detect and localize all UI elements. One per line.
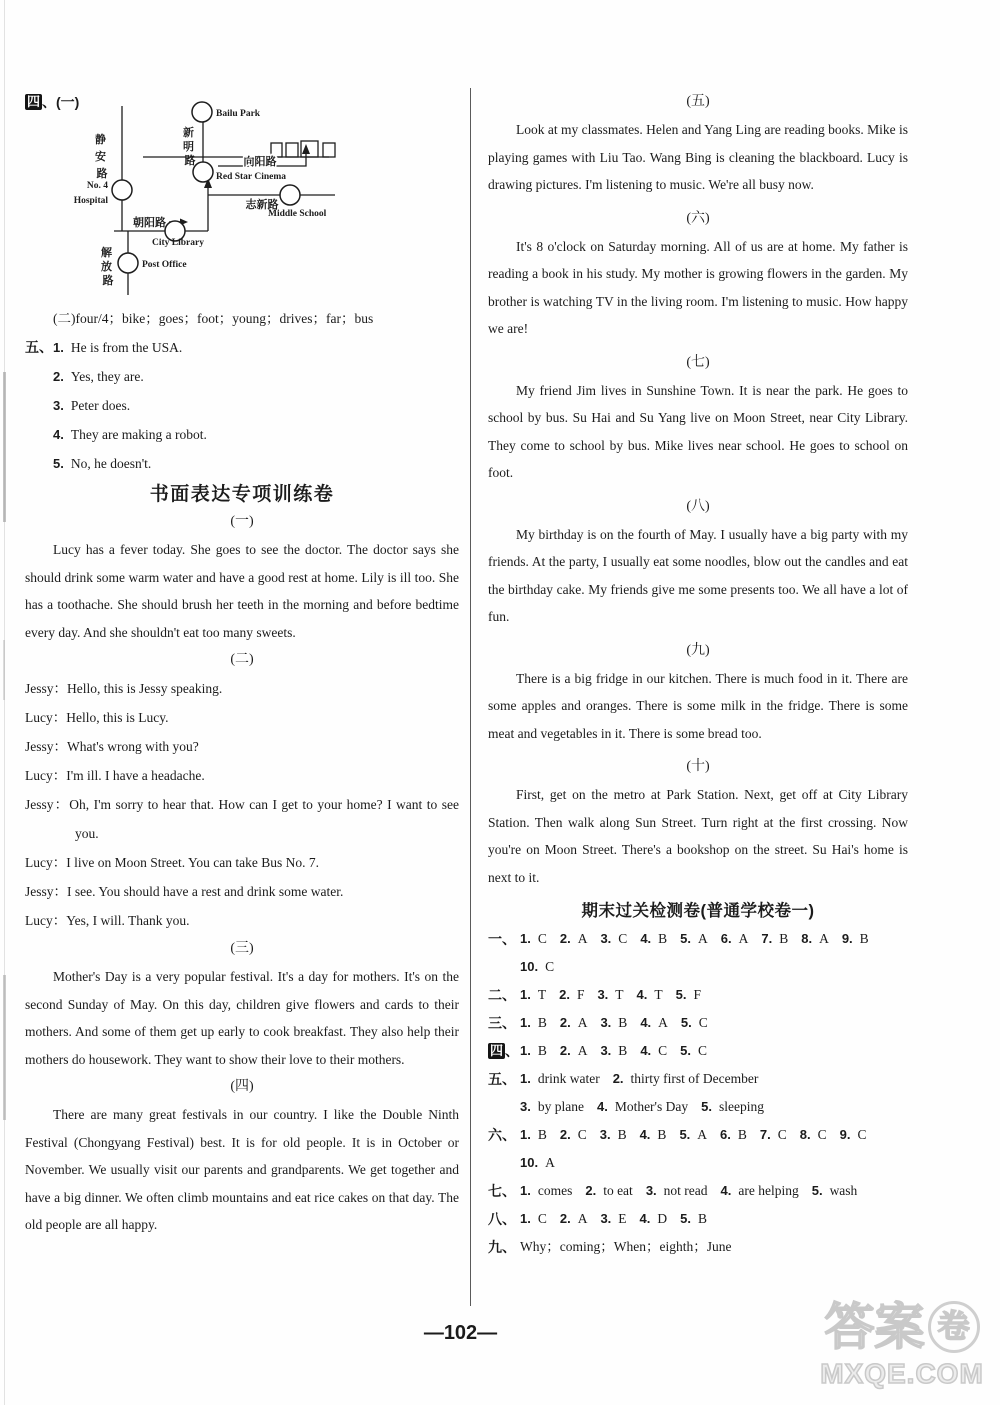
item-number: 2. [53, 369, 64, 384]
answer-value: A [697, 1127, 707, 1142]
answer-line: 1.B2.A3.B4.A5.C [520, 1009, 908, 1037]
watermark: 答案 卷 MXQE.COM [806, 1300, 998, 1390]
answer-pair: 5.sleeping [701, 1099, 764, 1114]
answer-value: C [578, 1127, 587, 1142]
answer-line: 1.C2.A3.E4.D5.B [520, 1205, 908, 1233]
answer-pair: 9.B [842, 931, 869, 946]
utterance: What's wrong with you? [67, 739, 199, 754]
speaker: Jessy： [25, 739, 67, 754]
answer-row: 九、Why；coming；When；eighth；June [488, 1233, 908, 1261]
dialogue-line: Jessy：Oh, I'm sorry to hear that. How ca… [25, 790, 459, 848]
answer-value: T [615, 987, 623, 1002]
answer-line: 10.A [520, 1149, 908, 1177]
answer-value: C [698, 1043, 707, 1058]
answer-line: 1.comes2.to eat3.not read4.are helping5.… [520, 1177, 908, 1205]
answer-value: T [654, 987, 662, 1002]
item-number: 3. [53, 398, 64, 413]
column-divider [470, 88, 471, 1306]
item-number: 1. [53, 340, 64, 355]
answer-value: F [693, 987, 701, 1002]
answer-pair: 2.A [560, 1043, 588, 1058]
answer-value: C [857, 1127, 866, 1142]
answer-number: 5. [681, 1015, 692, 1030]
answer-line: 1.B2.C3.B4.B5.A6.B7.C8.C9.C [520, 1121, 908, 1149]
answer-pair: 5.C [681, 1015, 708, 1030]
section5: 五、 1.He is from the USA.2.Yes, they are.… [25, 333, 459, 478]
answer-value: to eat [603, 1183, 633, 1198]
answer-line: 1.B2.A3.B4.C5.C [520, 1037, 908, 1065]
page-number: —102— [393, 1322, 528, 1345]
part10-paragraph: First, get on the metro at Park Station.… [488, 781, 908, 891]
answer-number: 3. [600, 1211, 611, 1226]
answer-value: drink water [538, 1071, 600, 1086]
answer-pair: 1.C [520, 1211, 547, 1226]
dialogue-line: Jessy：I see. You should have a rest and … [25, 877, 459, 906]
answer-pair: 5.A [680, 931, 708, 946]
answer-number: 4. [640, 1127, 651, 1142]
answer-pair: 3.E [600, 1211, 626, 1226]
part3-paragraph: Mother's Day is a very popular festival.… [25, 963, 459, 1073]
answer-number: 5. [680, 931, 691, 946]
answer-number: 1. [520, 931, 531, 946]
answer-row-marker: 一、 [488, 925, 516, 953]
answer-number: 4. [640, 1015, 651, 1030]
answer-pair: 1.C [520, 931, 547, 946]
utterance: Hello, this is Jessy speaking. [67, 681, 222, 696]
answer-number: 1. [520, 1071, 531, 1086]
answer-number: 2. [560, 1043, 571, 1058]
dialogue-list: Jessy：Hello, this is Jessy speaking.Lucy… [25, 674, 459, 935]
answer-number: 9. [840, 1127, 851, 1142]
part4-paragraph: There are many great festivals in our co… [25, 1101, 459, 1239]
qa-item: 2.Yes, they are. [53, 362, 459, 391]
section4-number: 四 [25, 94, 42, 110]
answer-line: 1.C2.A3.C4.B5.A6.A7.B8.A9.B [520, 925, 908, 953]
answer-row-marker: 八、 [488, 1205, 516, 1233]
answer-pair: 4.Mother's Day [597, 1099, 688, 1114]
answer-row: 五、1.drink water2.thirty first of Decembe… [488, 1065, 908, 1121]
answer-pair: 4.T [637, 987, 663, 1002]
answer-value: Mother's Day [615, 1099, 688, 1114]
answer-number: 3. [600, 1043, 611, 1058]
answer-pair: 3.T [597, 987, 623, 1002]
section4-subpart: 、(一) [42, 94, 79, 110]
item-text: They are making a robot. [71, 427, 207, 442]
answer-pair: 5.F [676, 987, 701, 1002]
answer-value: B [618, 1043, 627, 1058]
dialogue-line: Jessy：What's wrong with you? [25, 732, 459, 761]
scan-mark [3, 975, 6, 1120]
answer-row: 一、1.C2.A3.C4.B5.A6.A7.B8.A9.B10.C [488, 925, 908, 981]
answer-pair: 8.C [800, 1127, 827, 1142]
part4-title: (四) [25, 1073, 459, 1101]
map-area [25, 110, 459, 304]
item-text: He is from the USA. [71, 340, 182, 355]
watermark-circle-logo: 卷 [928, 1301, 980, 1353]
answer-value: C [778, 1127, 787, 1142]
answer-pair: 2.A [560, 1015, 588, 1030]
answer-number: 3. [520, 1099, 531, 1114]
watermark-brand-text: 答案 [825, 1300, 925, 1354]
part7-paragraph: My friend Jim lives in Sunshine Town. It… [488, 377, 908, 487]
answer-number: 6. [720, 1127, 731, 1142]
answer-number: 1. [520, 987, 531, 1002]
part6-title: (六) [488, 205, 908, 233]
answer-number: 2. [585, 1183, 596, 1198]
answer-number: 9. [842, 931, 853, 946]
answer-row-marker: 二、 [488, 981, 516, 1009]
answer-value: by plane [538, 1099, 584, 1114]
answer-value: C [545, 959, 554, 974]
answer-number: 4. [640, 1043, 651, 1058]
answer-number: 4. [637, 987, 648, 1002]
answer-value: wash [830, 1183, 858, 1198]
left-column: 四、(一) (二)four/4；bike；goes；foot；young；dri… [25, 92, 459, 1239]
answer-pair: 1.B [520, 1015, 547, 1030]
part1-paragraph: Lucy has a fever today. She goes to see … [25, 536, 459, 646]
answer-pair: 5.C [680, 1043, 707, 1058]
answer-row-marker: 九、 [488, 1233, 516, 1261]
answer-value: thirty first of December [631, 1071, 759, 1086]
item-text: Peter does. [71, 398, 130, 413]
answer-line: Why；coming；When；eighth；June [520, 1233, 908, 1261]
answer-value: A [578, 931, 588, 946]
part1-title: (一) [25, 508, 459, 536]
answer-pair: 10.A [520, 1155, 555, 1170]
item-text: No, he doesn't. [71, 456, 151, 471]
answer-pair: 9.C [840, 1127, 867, 1142]
answer-pair: 7.B [761, 931, 788, 946]
answer-pair: 4.are helping [721, 1183, 799, 1198]
answer-value: B [658, 931, 667, 946]
answer-number: 4. [640, 931, 651, 946]
answer-value: D [657, 1211, 667, 1226]
part5-title: (五) [488, 88, 908, 116]
answer-row: 三、1.B2.A3.B4.A5.C [488, 1009, 908, 1037]
answer-number: 3. [597, 987, 608, 1002]
final-test-heading: 期末过关检测卷(普通学校卷一) [488, 897, 908, 925]
answer-row-marker: 五、 [488, 1065, 516, 1093]
part6-paragraph: It's 8 o'clock on Saturday morning. All … [488, 233, 908, 343]
qa-item: 1.He is from the USA. [53, 333, 459, 362]
answer-pair: 3.C [600, 931, 627, 946]
speaker: Lucy： [25, 710, 66, 725]
answer-value: C [538, 1211, 547, 1226]
answer-pair: 2.C [560, 1127, 587, 1142]
answer-value: A [578, 1015, 588, 1030]
answer-value: E [618, 1211, 626, 1226]
speaker: Jessy： [25, 797, 69, 812]
answer-value: A [658, 1015, 668, 1030]
answer-value: C [658, 1043, 667, 1058]
answer-value: F [577, 987, 585, 1002]
part9-title: (九) [488, 637, 908, 665]
answer-number: 3. [646, 1183, 657, 1198]
utterance: I see. You should have a rest and drink … [67, 884, 343, 899]
answer-row: 二、1.T2.F3.T4.T5.F [488, 981, 908, 1009]
answer-pair: 6.A [721, 931, 749, 946]
answer-pair: 5.wash [812, 1183, 858, 1198]
answer-pair: 3.by plane [520, 1099, 584, 1114]
answer-value: B [738, 1127, 747, 1142]
answer-value: C [699, 1015, 708, 1030]
answer-pair: 4.B [640, 931, 667, 946]
answer-number: 8. [800, 1127, 811, 1142]
answer-pair: 8.A [801, 931, 829, 946]
utterance: Oh, I'm sorry to hear that. How can I ge… [69, 797, 459, 841]
speaker: Jessy： [25, 681, 67, 696]
answer-row-marker: 四、 [488, 1037, 519, 1065]
part2-title: (二) [25, 646, 459, 674]
answer-number: 6. [721, 931, 732, 946]
speaker: Lucy： [25, 855, 66, 870]
qa-item: 5.No, he doesn't. [53, 449, 459, 478]
answer-value: C [618, 931, 627, 946]
watermark-site: MXQE.COM [806, 1358, 998, 1390]
answer-number: 3. [600, 931, 611, 946]
answer-number: 5. [701, 1099, 712, 1114]
answer-number: 7. [761, 931, 772, 946]
answer-pair: 3.B [600, 1127, 627, 1142]
answer-number: 5. [679, 1127, 690, 1142]
dialogue-line: Lucy：Hello, this is Lucy. [25, 703, 459, 732]
answer-number: 4. [640, 1211, 651, 1226]
answer-value: B [698, 1211, 707, 1226]
answer-number: 4. [721, 1183, 732, 1198]
part10-title: (十) [488, 753, 908, 781]
answer-value: B [538, 1015, 547, 1030]
answer-pair: 1.comes [520, 1183, 572, 1198]
answer-pair: 4.B [640, 1127, 667, 1142]
scan-mark [3, 372, 6, 522]
answer-pair: 2.F [559, 987, 584, 1002]
answer-number: 2. [559, 987, 570, 1002]
answer-number: 1. [520, 1127, 531, 1142]
answer-line: 1.T2.F3.T4.T5.F [520, 981, 908, 1009]
speaker: Lucy： [25, 913, 66, 928]
utterance: I live on Moon Street. You can take Bus … [66, 855, 319, 870]
answer-value: B [538, 1043, 547, 1058]
answer-number: 8. [801, 931, 812, 946]
answer-pair: 4.C [640, 1043, 667, 1058]
answer-pair: 7.C [760, 1127, 787, 1142]
answer-pair: 10.C [520, 959, 554, 974]
answer-row: 七、1.comes2.to eat3.not read4.are helping… [488, 1177, 908, 1205]
answer-value: A [545, 1155, 555, 1170]
answer-value: sleeping [719, 1099, 764, 1114]
answer-pair: 1.T [520, 987, 546, 1002]
section4-part2-answers: (二)four/4；bike；goes；foot；young；drives；fa… [25, 304, 459, 333]
qa-item: 3.Peter does. [53, 391, 459, 420]
writing-section-heading: 书面表达专项训练卷 [25, 482, 459, 508]
dialogue-line: Lucy：I live on Moon Street. You can take… [25, 848, 459, 877]
answer-pair: 2.A [560, 1211, 588, 1226]
answer-pair: 3.B [600, 1015, 627, 1030]
answer-line: 10.C [520, 953, 908, 981]
answer-pair: 1.B [520, 1127, 547, 1142]
answer-number: 2. [560, 1127, 571, 1142]
answer-value: B [618, 1127, 627, 1142]
speaker: Lucy： [25, 768, 66, 783]
answer-number: 2. [560, 1211, 571, 1226]
answer-pair: 1.drink water [520, 1071, 600, 1086]
item-number: 4. [53, 427, 64, 442]
item-number: 5. [53, 456, 64, 471]
part3-title: (三) [25, 935, 459, 963]
answer-value: C [818, 1127, 827, 1142]
section4-marker: 四、(一) [25, 92, 459, 110]
part5-paragraph: Look at my classmates. Helen and Yang Li… [488, 116, 908, 199]
answer-number: 10. [520, 959, 538, 974]
answer-pair: 2.thirty first of December [613, 1071, 759, 1086]
answer-value: B [618, 1015, 627, 1030]
qa-item: 4.They are making a robot. [53, 420, 459, 449]
answer-number: 10. [520, 1155, 538, 1170]
answer-pair: 4.D [640, 1211, 668, 1226]
answer-row: 四、1.B2.A3.B4.C5.C [488, 1037, 908, 1065]
answer-pair: 3.not read [646, 1183, 708, 1198]
dialogue-line: Lucy：Yes, I will. Thank you. [25, 906, 459, 935]
answer-row: 六、1.B2.C3.B4.B5.A6.B7.C8.C9.C10.A [488, 1121, 908, 1177]
utterance: Hello, this is Lucy. [66, 710, 168, 725]
answer-number: 2. [560, 1015, 571, 1030]
answer-value: A [578, 1211, 588, 1226]
answer-number: 4. [597, 1099, 608, 1114]
answer-pair: 3.B [600, 1043, 627, 1058]
answer-value: are helping [738, 1183, 798, 1198]
inverse-number: 四 [488, 1043, 505, 1059]
answer-number: 5. [812, 1183, 823, 1198]
answer-number: 3. [600, 1127, 611, 1142]
answer-number: 5. [680, 1043, 691, 1058]
section5-marker: 五、 [25, 333, 53, 362]
answer-value: B [657, 1127, 666, 1142]
answer-number: 5. [676, 987, 687, 1002]
part8-title: (八) [488, 493, 908, 521]
watermark-brand: 答案 卷 [806, 1300, 998, 1354]
answer-number: 7. [760, 1127, 771, 1142]
answer-row-marker: 七、 [488, 1177, 516, 1205]
answer-value: B [779, 931, 788, 946]
answer-number: 3. [600, 1015, 611, 1030]
answer-pair: 4.A [640, 1015, 668, 1030]
answer-value: B [538, 1127, 547, 1142]
part8-paragraph: My birthday is on the fourth of May. I u… [488, 521, 908, 631]
answer-value: T [538, 987, 546, 1002]
dialogue-line: Lucy：I'm ill. I have a headache. [25, 761, 459, 790]
answer-pair: 5.A [679, 1127, 707, 1142]
answer-pair: 2.A [560, 931, 588, 946]
answer-value: comes [538, 1183, 573, 1198]
answer-number: 1. [520, 1015, 531, 1030]
dialogue-line: Jessy：Hello, this is Jessy speaking. [25, 674, 459, 703]
answer-row-marker: 六、 [488, 1121, 516, 1149]
answer-value: not read [664, 1183, 708, 1198]
answer-value: B [860, 931, 869, 946]
answer-value: A [819, 931, 829, 946]
utterance: I'm ill. I have a headache. [66, 768, 205, 783]
answer-number: 2. [613, 1071, 624, 1086]
answers: 一、1.C2.A3.C4.B5.A6.A7.B8.A9.B10.C二、1.T2.… [488, 925, 908, 1261]
right-column: (五) Look at my classmates. Helen and Yan… [488, 88, 908, 1261]
answer-value: A [739, 931, 749, 946]
answer-pair: 6.B [720, 1127, 747, 1142]
utterance: Yes, I will. Thank you. [66, 913, 189, 928]
answer-row: 八、1.C2.A3.E4.D5.B [488, 1205, 908, 1233]
answer-pair: 2.to eat [585, 1183, 632, 1198]
answer-value: A [698, 931, 708, 946]
answer-number: 1. [520, 1211, 531, 1226]
answer-row-marker: 三、 [488, 1009, 516, 1037]
answer-value: C [538, 931, 547, 946]
answer-number: 1. [520, 1183, 531, 1198]
part9-paragraph: There is a big fridge in our kitchen. Th… [488, 665, 908, 748]
answer-number: 5. [680, 1211, 691, 1226]
answer-line: 1.drink water2.thirty first of December [520, 1065, 908, 1093]
answer-number: 2. [560, 931, 571, 946]
speaker: Jessy： [25, 884, 67, 899]
answer-line: 3.by plane4.Mother's Day5.sleeping [520, 1093, 908, 1121]
answer-pair: 5.B [680, 1211, 707, 1226]
part7-title: (七) [488, 349, 908, 377]
scan-edge-line [4, 0, 5, 1405]
scan-mark [3, 640, 5, 700]
sec5-list: 1.He is from the USA.2.Yes, they are.3.P… [53, 333, 459, 478]
answer-number: 1. [520, 1043, 531, 1058]
answer-pair: 1.B [520, 1043, 547, 1058]
answer-value: A [578, 1043, 588, 1058]
answer-book-page: Bailu Park Red Star Cinema Middle School… [0, 0, 1000, 1405]
item-text: Yes, they are. [71, 369, 144, 384]
